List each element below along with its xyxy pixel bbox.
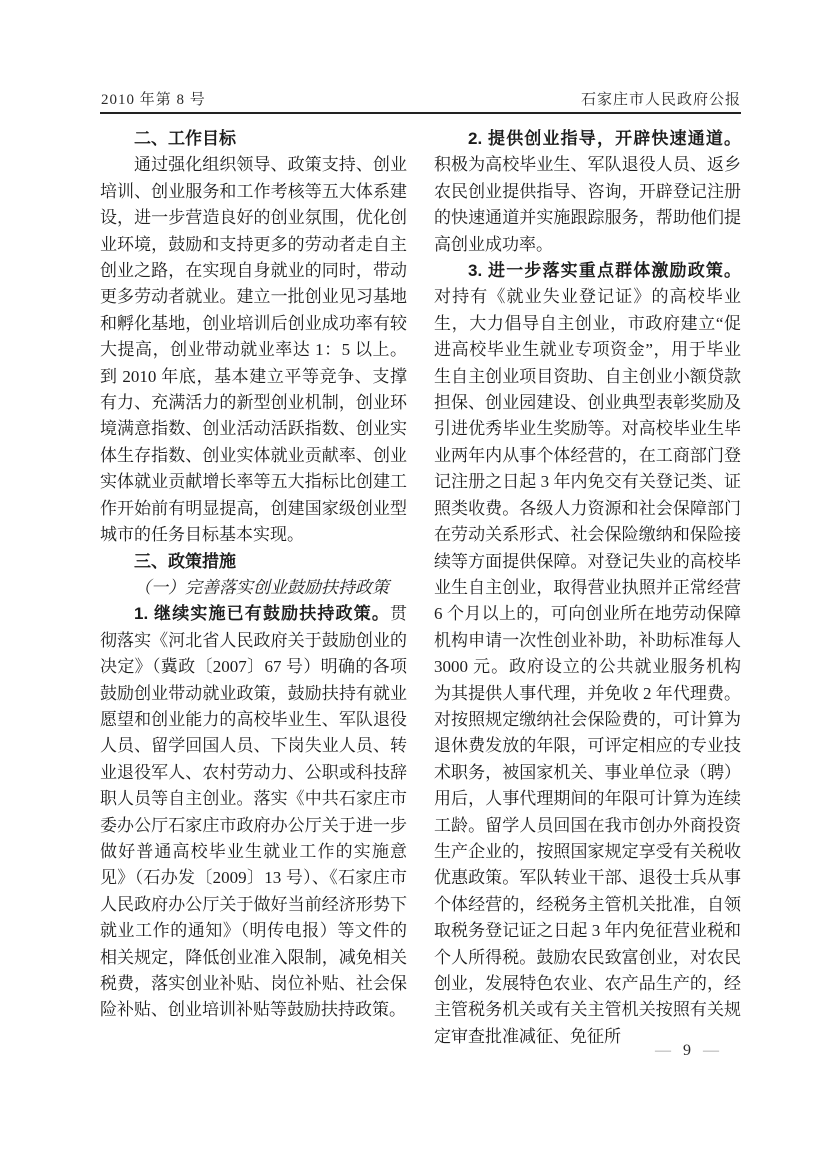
paragraph-heading: 二、工作目标 bbox=[100, 126, 407, 152]
paragraph-body: 2. 提供创业指导，开辟快速通道。积极为高校毕业生、军队退役人员、返乡农民创业提… bbox=[434, 126, 741, 258]
column-right: 2. 提供创业指导，开辟快速通道。积极为高校毕业生、军队退役人员、返乡农民创业提… bbox=[434, 126, 741, 1050]
page-number: 9 bbox=[683, 1041, 691, 1061]
page-footer: — 9 — bbox=[100, 1041, 741, 1061]
paragraph-body: 1. 继续实施已有鼓励扶持政策。贯彻落实《河北省人民政府关于鼓励创业的决定》（冀… bbox=[100, 601, 407, 1024]
text-run-normal: 贯彻落实《河北省人民政府关于鼓励创业的决定》（冀政〔2007〕67 号）明确的各… bbox=[100, 604, 407, 1019]
text-columns: 二、工作目标通过强化组织领导、政策支持、创业培训、创业服务和工作考核等五大体系建… bbox=[100, 126, 741, 1050]
paragraph-heading: 三、政策措施 bbox=[100, 549, 407, 575]
text-run-kai: （一）完善落实创业鼓励扶持政策 bbox=[134, 578, 389, 597]
text-run-bold: 1. 继续实施已有鼓励扶持政策。 bbox=[134, 604, 390, 623]
gazette-page: 2010 年第 8 号 石家庄市人民政府公报 二、工作目标通过强化组织领导、政策… bbox=[0, 0, 826, 1169]
footer-left-dash: — bbox=[655, 1041, 671, 1061]
column-left: 二、工作目标通过强化组织领导、政策支持、创业培训、创业服务和工作考核等五大体系建… bbox=[100, 126, 407, 1050]
header-divider bbox=[100, 112, 741, 114]
footer-right-dash: — bbox=[703, 1041, 719, 1061]
text-run-normal: 对持有《就业失业登记证》的高校毕业生，大力倡导自主创业，市政府建立“促进高校毕业… bbox=[434, 287, 741, 1045]
header-publication-title: 石家庄市人民政府公报 bbox=[581, 88, 741, 109]
text-run-bold: 三、政策措施 bbox=[134, 552, 236, 571]
paragraph-body: 3. 进一步落实重点群体激励政策。对持有《就业失业登记证》的高校毕业生，大力倡导… bbox=[434, 258, 741, 1050]
text-run-bold: 二、工作目标 bbox=[134, 129, 236, 148]
page-header: 2010 年第 8 号 石家庄市人民政府公报 bbox=[101, 88, 741, 109]
header-issue-label: 2010 年第 8 号 bbox=[101, 88, 206, 109]
text-run-bold: 2. 提供创业指导，开辟快速通道。 bbox=[468, 129, 741, 148]
text-run-normal: 通过强化组织领导、政策支持、创业培训、创业服务和工作考核等五大体系建设，进一步营… bbox=[100, 155, 407, 544]
paragraph-body: 通过强化组织领导、政策支持、创业培训、创业服务和工作考核等五大体系建设，进一步营… bbox=[100, 152, 407, 548]
text-run-bold: 3. 进一步落实重点群体激励政策。 bbox=[468, 261, 741, 280]
paragraph-subheading: （一）完善落实创业鼓励扶持政策 bbox=[100, 575, 407, 601]
text-run-normal: 积极为高校毕业生、军队退役人员、返乡农民创业提供指导、咨询，开辟登记注册的快速通… bbox=[434, 155, 741, 253]
